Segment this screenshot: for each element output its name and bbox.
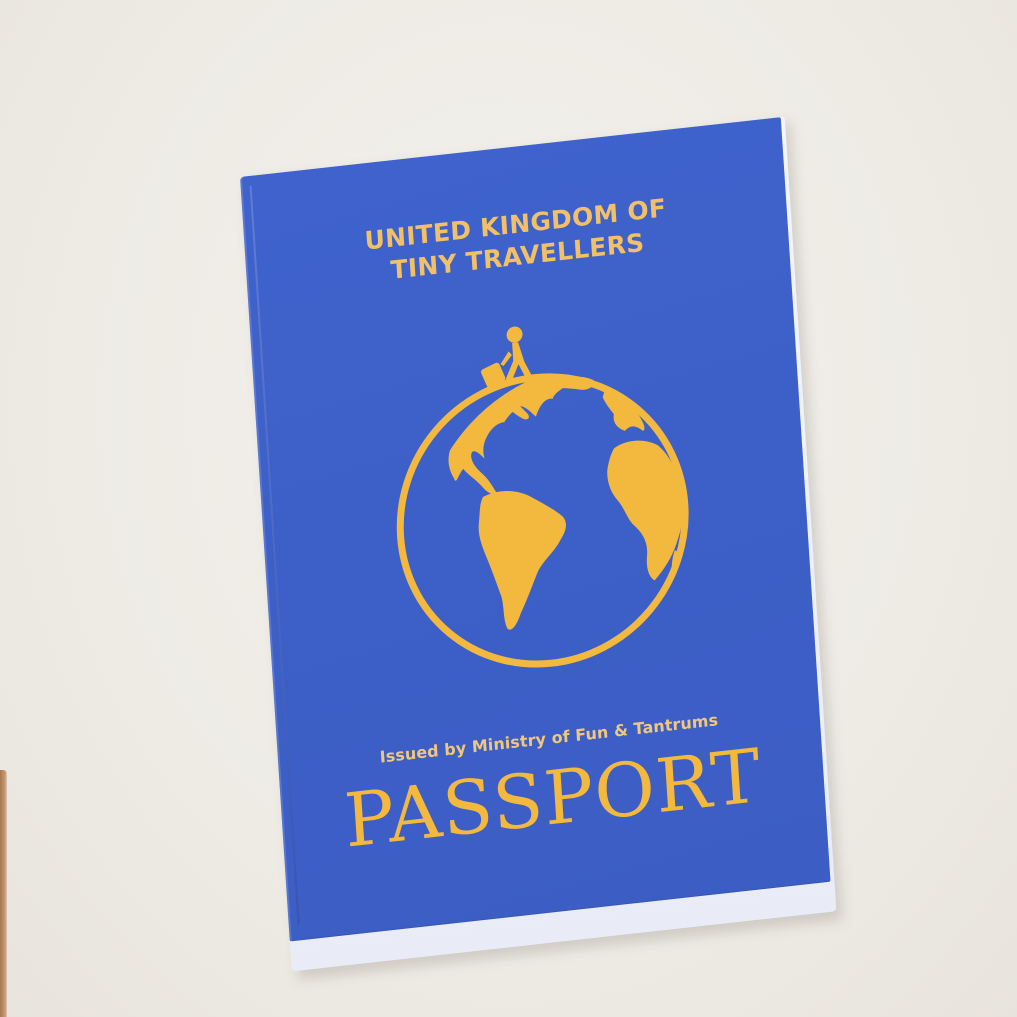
- country-title: UNITED KINGDOM OF TINY TRAVELLERS: [244, 179, 789, 303]
- passport-cover: UNITED KINGDOM OF TINY TRAVELLERS: [240, 117, 831, 941]
- globe-with-traveller-icon: [381, 303, 712, 686]
- wooden-object-edge: [0, 770, 7, 1017]
